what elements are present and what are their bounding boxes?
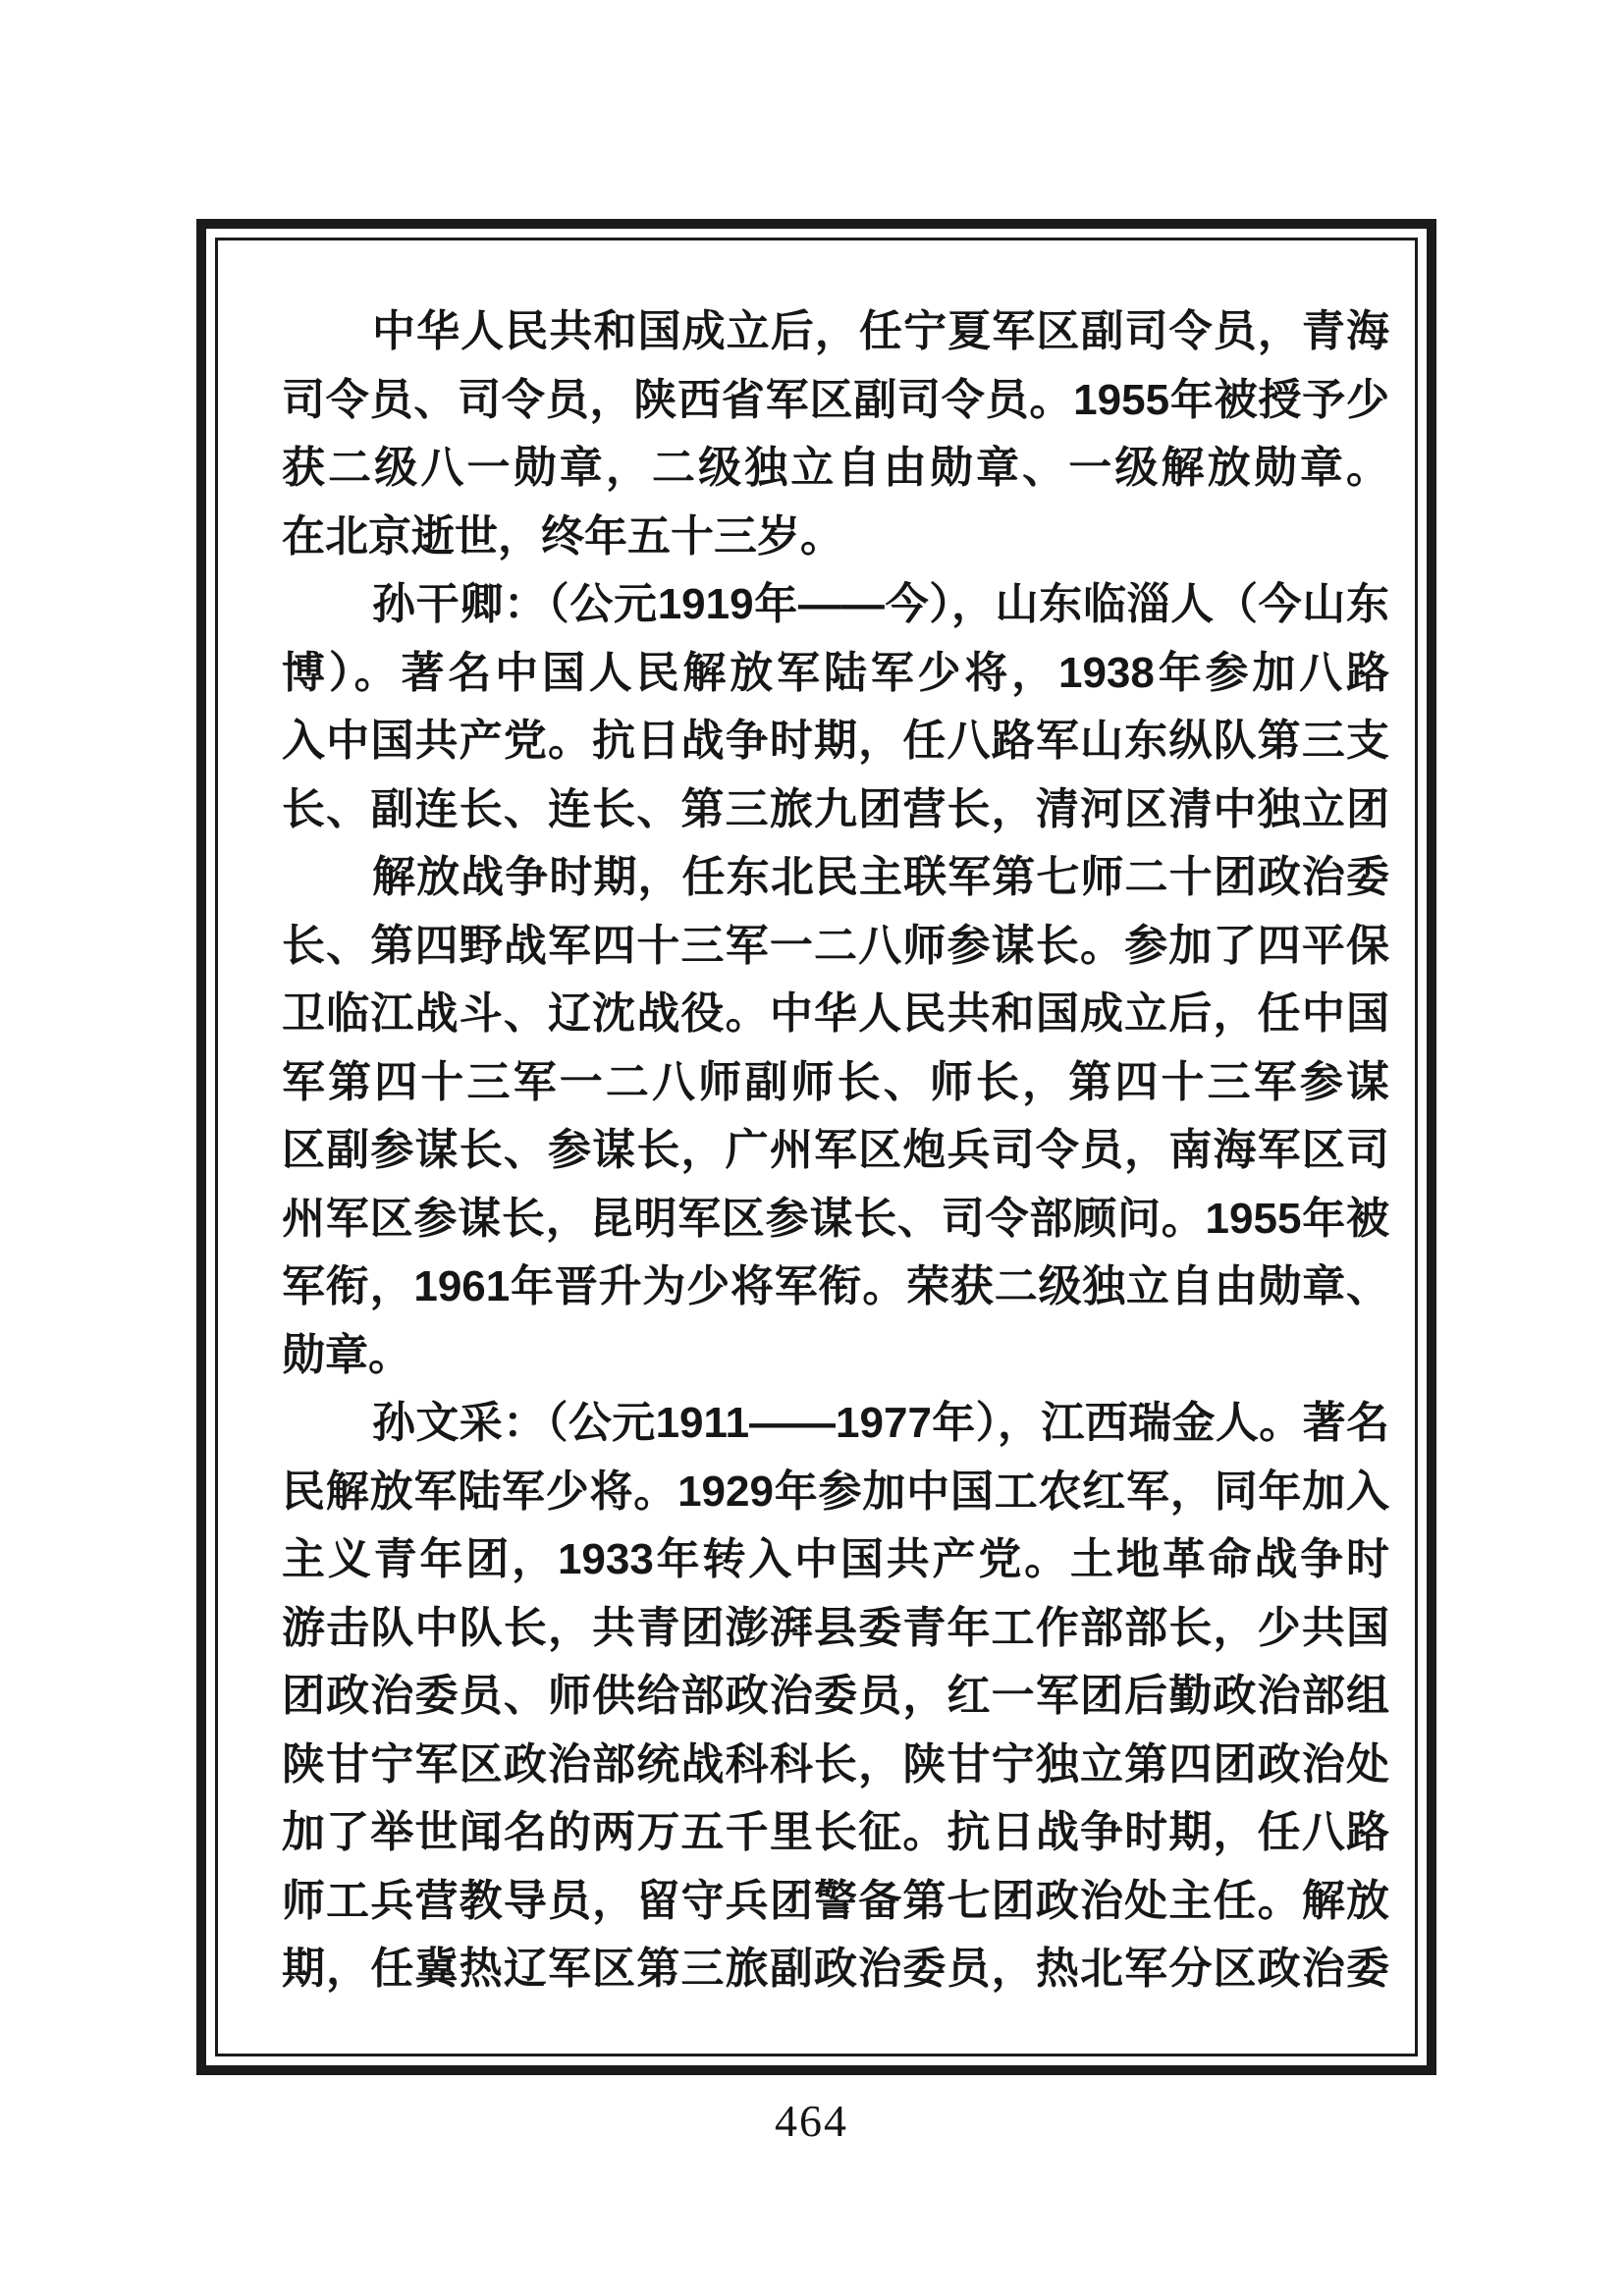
text-line: 陕甘宁军区政治部统战科科长，陕甘宁独立第四团政治处主任。参: [282, 1731, 1389, 1799]
text-line: 勋章。: [282, 1321, 1389, 1390]
text-line: 司令员、司令员，陕西省军区副司令员。1955年被授予少将军衔。: [282, 366, 1389, 435]
paragraph: 孙文采：（公元1911——1977年），江西瑞金人。著名中国人民解放军陆军少将。…: [282, 1389, 1389, 2003]
text-line: 获二级八一勋章，二级独立自由勋章、一级解放勋章。1967年因病: [282, 434, 1389, 503]
paragraph: 中华人民共和国成立后，任宁夏军区副司令员，青海省军区副司令员、司令员，陕西省军区…: [282, 297, 1389, 570]
text-block: 中华人民共和国成立后，任宁夏军区副司令员，青海省军区副司令员、司令员，陕西省军区…: [282, 297, 1389, 2003]
text-line: 游击队中队长，共青团澎湃县委青年工作部部长，少共国际师第4四: [282, 1594, 1389, 1663]
text-line: 军第四十三军一二八师副师长、师长，第四十三军参谋长，海南军: [282, 1048, 1389, 1117]
text-line: 中华人民共和国成立后，任宁夏军区副司令员，青海省军区副: [282, 297, 1389, 366]
text-line: 解放战争时期，任东北民主联军第七师二十团政治委员、团: [282, 843, 1389, 912]
text-line: 孙干卿：（公元1919年——今），山东临淄人（今山东淄: [282, 570, 1389, 639]
text-line: 长、第四野战军四十三军一二八师参谋长。参加了四平保卫战和保: [282, 912, 1389, 981]
text-line: 区副参谋长、参谋长，广州军区炮兵司令员，南海军区司令员，广: [282, 1116, 1389, 1185]
text-line: 州军区参谋长，昆明军区参谋长、司令部顾问。1955年被授予大校: [282, 1185, 1389, 1254]
paragraph: 孙干卿：（公元1919年——今），山东临淄人（今山东淄博）。著名中国人民解放军陆…: [282, 570, 1389, 843]
page-number: 464: [0, 2095, 1623, 2147]
paragraph: 解放战争时期，任东北民主联军第七师二十团政治委员、团长、第四野战军四十三军一二八…: [282, 843, 1389, 1389]
text-line: 孙文采：（公元1911——1977年），江西瑞金人。著名中国人: [282, 1389, 1389, 1458]
text-line: 师工兵营教导员，留守兵团警备第七团政治处主任。解放战争时: [282, 1867, 1389, 1936]
text-line: 期，任冀热辽军区第三旅副政治委员，热北军分区政治委员，冀察: [282, 1935, 1389, 2003]
text-line: 民解放军陆军少将。1929年参加中国工农红军，同年加入中国共产: [282, 1458, 1389, 1526]
text-line: 长、副连长、连长、第三旅九团营长，清河区清中独立团副团长。: [282, 775, 1389, 844]
text-line: 入中国共产党。抗日战争时期，任八路军山东纵队第三支队十团排: [282, 707, 1389, 775]
text-line: 加了举世闻名的两万五千里长征。抗日战争时期，任八路军一二九: [282, 1798, 1389, 1867]
text-line: 博）。著名中国人民解放军陆军少将，1938年参加八路军，同年加: [282, 639, 1389, 708]
text-line: 团政治委员、师供给部政治委员，红一军团后勤政治部组织干事，: [282, 1662, 1389, 1731]
text-line: 在北京逝世，终年五十三岁。: [282, 503, 1389, 571]
text-line: 军衔，1961年晋升为少将军衔。荣获二级独立自由勋章、二级解放: [282, 1253, 1389, 1321]
text-line: 卫临江战斗、辽沈战役。中华人民共和国成立后，任中国人民解放: [282, 980, 1389, 1048]
text-line: 主义青年团，1933年转入中国共产党。土地革命战争时期，任江西: [282, 1525, 1389, 1594]
